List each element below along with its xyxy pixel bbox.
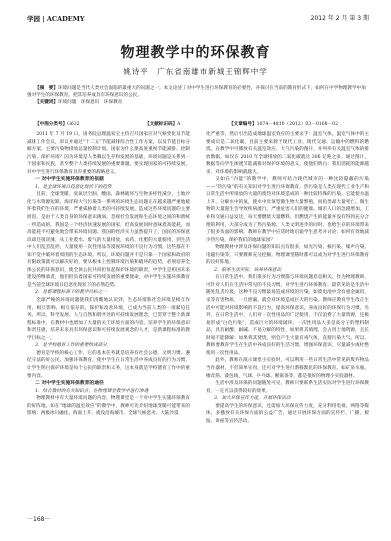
body-paragraph: 要提高学生的环保意识，还需加大环保宣传力度。充分利用电视、网络等媒体，多播放有关… [206,403,369,426]
body-paragraph: 又如在“内能”的教学中，教师可结合现代城市的一种比较隐蔽的污染——“热污染”的有… [206,176,369,244]
abstract-label: 【摘 要】 [35,86,58,91]
subsection-heading: 1．是全球环境日趋恶化现状下的趋势 [27,184,190,192]
body-paragraph: 目前，全球变暖、臭氧层空洞、酸雨、森林破坏与生物多样性减少、土地沙化与水资源短缺… [27,191,190,289]
abstract-text: 环境问题是当代人类社会面临的最重大的问题之一。本文论述了对中学生进行环保教育的必… [27,86,366,98]
section-heading: 一 对中学生实施环保教育的依据 [27,176,190,184]
body-paragraph: 生活中涉及环保的问题随处可见，教师只要联系生活实际对学生进行环保教育，一定可以获… [206,380,369,395]
body-paragraph: 此外，教师在演示课堂小实验时，可以利用一些日常生活中常见的废弃物品当作器材，不但… [206,357,369,380]
article-title: 物理教学中的环保教育 [0,44,391,62]
subsection-heading: 3．是学校德育工作的重要组成部分 [27,342,190,350]
body-column-right: 化严重等，然后引出造成地球温室效应的主要杀手：温室气体。温室气体中的主要成员是二… [206,131,369,425]
issue-date: 2012 年 2 月 第 3 期 [311,14,369,24]
article-number: 【文章编号】1674－4810（2012）03－0168－02 [229,121,338,129]
keywords-text: 环境问题 环保意识 环保教育 [58,100,122,105]
body-column-left: 2011 年 7 月 19 日，国务院总理温家宝主持召开国家应对气候变化及节能减… [27,131,190,418]
body-paragraph: 化严重等，然后引出造成地球温室效应的主要杀手：温室气体。温室气体中的主要成员是二… [206,131,369,176]
abstract-block: 【摘 要】环境问题是当代人类社会面临的最重大的问题之一。本文论述了对中学生进行环… [27,85,369,107]
abstract-paragraph: 【摘 要】环境问题是当代人类社会面临的最重大的问题之一。本文论述了对中学生进行环… [27,85,369,99]
journal-name: 学园 | ACADEMY [27,14,85,24]
article-author: 姚诗平 广东省南雄市新城王锦辉中学 [0,67,391,77]
keywords-label: 【关键词】 [35,100,58,105]
section-heading: 二 对中学生实施环保教育的途径 [27,380,190,388]
subsection-heading: 2．是新课程标准下的教学目标之一 [27,289,190,297]
body-paragraph: 在日常生活中，我们很多行为习惯都与环境问题息息相关。作为物理教师，可针对人们在生… [206,274,369,357]
clc-code: 【中图分类号】G632 [35,121,80,129]
body-paragraph: 物理教材中涉及环保问题的知识点有很多，如光污染、核污染、噪声污染、电磁污染等，只… [206,244,369,267]
keywords-paragraph: 【关键词】环境问题 环保意识 环保教育 [27,99,369,106]
subsection-heading: 2．联系生活实际，培养环保意识 [206,267,369,275]
doc-code: 【文献标识码】A [145,121,181,129]
body-paragraph: 物理教材中有大量环境问题的内容，物理课堂是一个对中学生实施环保教育的好阵地。如在… [27,395,190,418]
page-number: －168－ [27,514,50,523]
classification-line: 【中图分类号】G632 【文献标识码】A 【文章编号】1674－4810（201… [27,121,369,129]
subsection-heading: 3．加大环保宣传力度，开展环保活动 [206,395,369,403]
subsection-heading: 1．结合教材的有关知识点，在物理课堂教学中进行渗透 [27,388,190,396]
body-paragraph: 2011 年 7 月 19 日，国务院总理温家宝主持召开国家应对气候变化及节能减… [27,131,190,176]
body-paragraph: 德育是学校的核心工作，它的基本任务就是培养有社会公德、文明习惯、遵纪守法的好公民… [27,350,190,380]
running-header: 学园 | ACADEMY 2012 年 2 月 第 3 期 [27,14,369,24]
body-paragraph: 全球严峻的环境问题使我们清醒地认识到，生态环境和社会环境是相互作用、相互影响、相… [27,297,190,342]
